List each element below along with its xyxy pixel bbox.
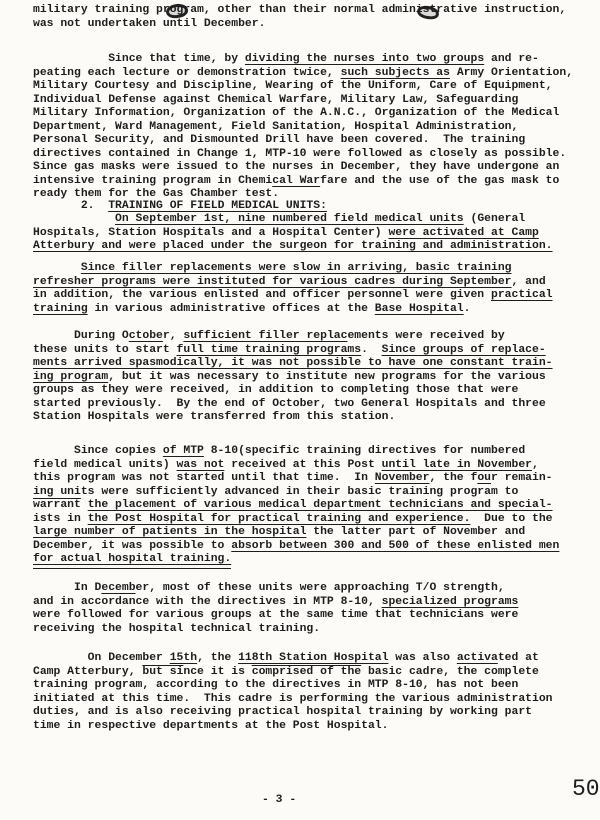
text-segment: Hospitals, Station Hospitals and a Hospi… [33,227,388,239]
december-specialized-programs-paragraph: In December, most of these units were ap… [33,582,518,636]
text-segment: Military Courtesy and Discipline, Wearin… [33,80,553,92]
underlined-text: ou [477,472,491,484]
text-segment: In D [33,582,101,594]
underlined-text: ments arrived spasmodically, it was not … [33,357,553,369]
text-segment: the latter part of November and [306,526,525,538]
text-segment: training program, according to the direc… [33,679,518,691]
overlined-text: comprised of the [252,666,361,678]
text-segment: ing units were sufficiently advanced in … [33,486,518,498]
underlined-text: Since filler replacements were slow in a… [81,262,512,274]
underlined-text: November [375,472,430,484]
text-segment: duties, and is also receiving practical … [33,706,532,718]
footer-page-number: - 3 - [262,794,296,808]
text-line: and in accordance with the directives in… [33,596,518,610]
text-segment [33,262,81,274]
underlined-text: refresher programs were instituted for v… [33,276,512,288]
text-segment: this program was not started until that … [33,472,375,484]
underlined-text: such subjects as [341,67,450,79]
text-segment: , the [197,652,238,664]
text-line: large number of patients in the hospital… [33,526,559,540]
underlined-text: dividing the nurses into two groups [245,53,484,65]
underlined-text: 15th [170,652,197,664]
text-segment: 8-10(specific training directives for nu… [204,445,525,457]
mtp-8-10-paragraph: Since copies of MTP 8-10(specific traini… [33,445,559,567]
underlined-text: the Post Hospital for practical training… [88,513,471,525]
underlined-text: large number of patients in the hospital [33,526,306,538]
underlined-text: ctobe [129,330,163,342]
underlined-text: were activated at Camp [388,227,538,239]
underlined-text: activa [457,652,498,664]
text-segment: During O [33,330,129,342]
text-line: time in respective departments at the Po… [33,720,553,734]
text-segment: nce it is [183,666,251,678]
text-line: Military Information, Organization of th… [33,107,573,121]
text-segment: basic cadre, the complete [361,666,539,678]
text-line: ing units were sufficiently advanced in … [33,486,559,500]
filler-replacements-paragraph: Since filler replacements were slow in a… [33,262,553,316]
section-heading: 2. TRAINING OF FIELD MEDICAL UNITS: [33,200,327,214]
text-line: Department, Ward Management, Field Sanit… [33,121,573,135]
text-segment: military training program, other than th… [33,4,566,16]
text-segment: groups as they were received, in additio… [33,384,518,396]
underlined-text: 118th Station Hospital [238,652,388,664]
text-line: initiated at this time. This cadre is pe… [33,693,553,707]
text-segment: field medical units) [33,459,177,471]
text-segment: Individual Defense against Chemical Warf… [33,94,518,106]
text-segment: time in respective departments at the Po… [33,720,388,732]
text-segment: , and [512,276,546,288]
text-segment: December, it was possible to [33,540,231,552]
text-segment: and in accordance with the directives in… [33,596,382,608]
text-line: field medical units) was not received at… [33,459,559,473]
text-line: Since copies of MTP 8-10(specific traini… [33,445,559,459]
text-segment: , but it was necessary to institute new … [108,371,545,383]
text-line: On September 1st, nine numbered field me… [33,213,553,227]
text-line: Individual Defense against Chemical Warf… [33,94,573,108]
text-line: refresher programs were instituted for v… [33,276,553,290]
corner-number: 50 [572,777,600,801]
text-segment: Since copies [33,445,163,457]
underlined-text: Base Hospital [375,303,464,315]
text-segment: started previously. By the end of Octobe… [33,398,546,410]
underlined-text: full time training programs [177,344,362,356]
text-segment: On December [33,652,170,664]
text-segment: Military Information, Organization of th… [33,107,559,119]
text-segment: 2. [33,200,108,212]
text-line: ments arrived spasmodically, it was not … [33,357,553,371]
underlined-text: was not [177,459,225,471]
text-segment: Since gas masks were issued to the nurse… [33,161,559,173]
underlined-text: until late in November [382,459,532,471]
text-line: training program, according to the direc… [33,679,553,693]
text-segment: initiated at this time. This cadre is pe… [33,693,553,705]
underlined-text: ecemb [101,582,135,594]
text-segment: these units to start [33,344,177,356]
text-line: December, it was possible to absorb betw… [33,540,559,554]
text-line: Personal Security, and Dismounted Drill … [33,134,573,148]
text-line: for actual hospital training. [33,553,559,567]
text-line: was not undertaken until December. [33,18,566,32]
text-segment: ements were received by [347,330,504,342]
text-line: peating each lecture or demonstration tw… [33,67,573,81]
text-segment: ted at [498,652,539,664]
text-segment: Since that time, by [33,53,245,65]
scanned-document-page: military training program, other than th… [0,0,600,820]
overlined-text: but si [142,666,183,678]
text-line: this program was not started until that … [33,472,559,486]
text-line: Military Courtesy and Discipline, Wearin… [33,80,573,94]
overlined-text: warrant [33,499,81,511]
text-segment: directives contained in Change 1, MTP-10… [33,148,566,160]
text-line: Since filler replacements were slow in a… [33,262,553,276]
text-segment: . [464,303,471,315]
underlined-text: TRAINING OF FIELD MEDICAL UNITS: [108,200,327,212]
text-line: Atterbury and were placed under the surg… [33,240,553,254]
text-segment: ready them for the Gas Chamber test. [33,188,279,200]
nurses-training-paragraph: Since that time, by dividing the nurses … [33,53,573,202]
underlined-text: cal War [272,175,320,187]
text-segment: received at this Post [224,459,381,471]
text-line: receiving the hospital technical trainin… [33,623,518,637]
underlined-text: the placement of various medical departm… [88,499,553,511]
text-line: Since that time, by dividing the nurses … [33,53,573,67]
underlined-text: Since groups of replace- [382,344,546,356]
text-line: started previously. By the end of Octobe… [33,398,553,412]
field-units-activation-paragraph: On September 1st, nine numbered field me… [33,213,553,254]
text-segment: , [532,459,539,471]
underlined-text: On September 1st, nine numbered field me… [115,213,464,225]
underlined-text: practical [491,289,553,301]
text-segment: , the f [429,472,477,484]
text-segment: fare and the use of the gas mask to [320,175,559,187]
text-segment: was also [388,652,456,664]
text-line: duties, and is also receiving practical … [33,706,553,720]
continuation-paragraph: military training program, other than th… [33,4,566,31]
text-segment: receiving the hospital technical trainin… [33,623,320,635]
text-line: ing program, but it was necessary to ins… [33,371,553,385]
text-line: intensive training program in Chemical W… [33,175,573,189]
text-line: these units to start full time training … [33,344,553,358]
text-line: groups as they were received, in additio… [33,384,553,398]
text-line: in addition, the various enlisted and of… [33,289,553,303]
text-line: On December 15th, the 118th Station Hosp… [33,652,553,666]
text-line: training in various administrative offic… [33,303,553,317]
text-segment: and re- [484,53,539,65]
text-line: military training program, other than th… [33,4,566,18]
text-line: During October, sufficient filler replac… [33,330,553,344]
text-segment: Station Hospitals were transferred from … [33,411,395,423]
text-segment: Due to the [470,513,552,525]
text-line: directives contained in Change 1, MTP-10… [33,148,573,162]
text-segment: in various administrative offices at the [88,303,375,315]
october-training-paragraph: During October, sufficient filler replac… [33,330,553,425]
text-segment: Department, Ward Management, Field Sanit… [33,121,518,133]
text-segment: intensive training program in Chemi [33,175,272,187]
underlined-text: for actual hospital training. [33,553,231,569]
text-segment: . [361,344,382,356]
text-segment: ists in [33,513,88,525]
text-line: were followed for various groups at the … [33,609,518,623]
underlined-text: of MTP [163,445,204,457]
text-segment [33,213,115,225]
text-line: Hospitals, Station Hospitals and a Hospi… [33,227,553,241]
text-segment: (General [464,213,526,225]
text-segment: was not undertaken until December. [33,18,265,30]
text-line: Station Hospitals were transferred from … [33,411,553,425]
text-line: 2. TRAINING OF FIELD MEDICAL UNITS: [33,200,327,214]
118th-station-hospital-paragraph: On December 15th, the 118th Station Hosp… [33,652,553,733]
text-segment: er, most of these units were approaching… [136,582,505,594]
text-segment: Army Orientation, [450,67,573,79]
text-segment: peating each lecture or demonstration tw… [33,67,341,79]
underlined-text: sufficient filler replac [183,330,347,342]
text-line: warrant the placement of various medical… [33,499,559,513]
text-line: Camp Atterbury, but since it is comprise… [33,666,553,680]
underlined-text: specialized programs [382,596,519,608]
text-segment: Personal Security, and Dismounted Drill … [33,134,525,146]
text-line: ists in the Post Hospital for practical … [33,513,559,527]
underlined-text: Atterbury and were placed under the surg… [33,240,553,252]
text-segment: were followed for various groups at the … [33,609,518,621]
underlined-text: absorb between 300 and 500 of these enli… [231,540,559,552]
text-segment: Camp Atterbury, [33,666,142,678]
underlined-text: ing program [33,371,108,383]
text-line: In December, most of these units were ap… [33,582,518,596]
text-segment: r, [163,330,184,342]
text-segment: in addition, the various enlisted and of… [33,289,491,301]
text-segment: r remain- [491,472,553,484]
text-line: Since gas masks were issued to the nurse… [33,161,573,175]
text-segment [81,499,88,511]
underlined-text: training [33,303,88,315]
